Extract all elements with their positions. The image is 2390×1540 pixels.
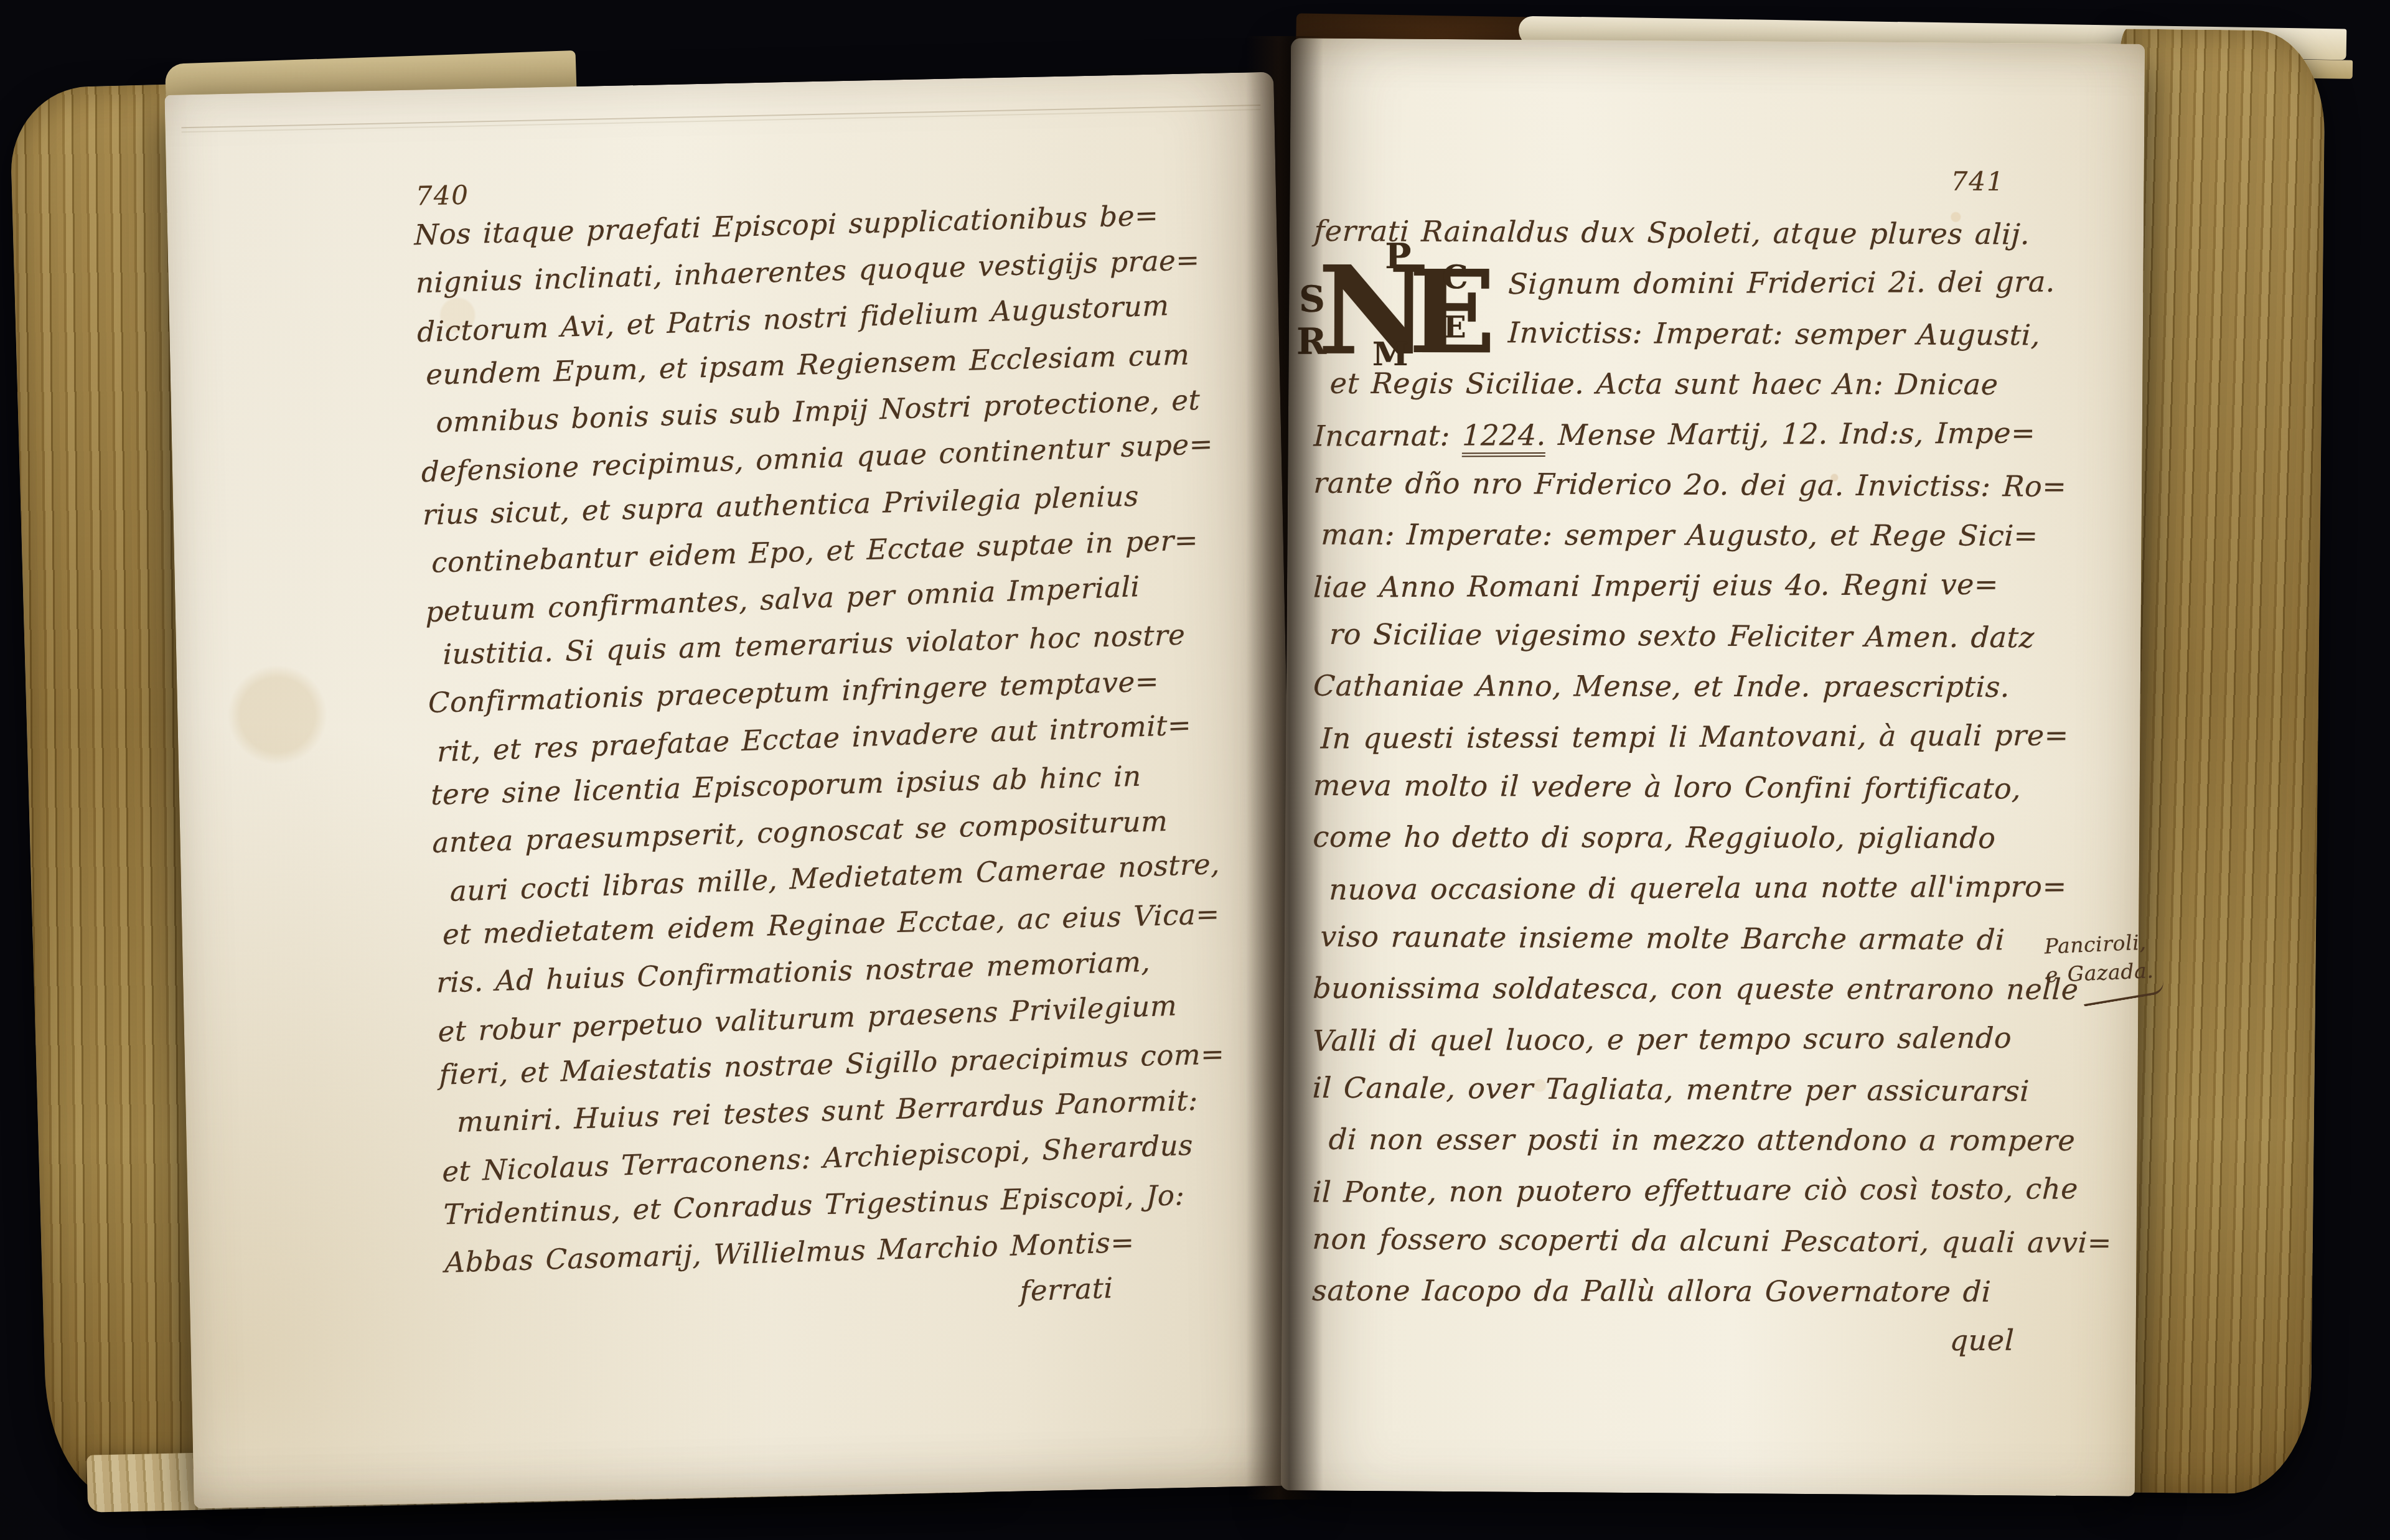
manuscript-line: satone Iacopo da Pallù allora Governator… bbox=[1311, 1266, 2090, 1317]
manuscript-line: Invictiss: Imperat: semper Augusti, bbox=[1320, 307, 2091, 361]
manuscript-line: ro Siciliae vigesimo sexto Feliciter Ame… bbox=[1329, 609, 2091, 663]
manuscript-line: Signum domini Friderici 2i. dei gra. bbox=[1313, 256, 2091, 310]
margin-note: Panciroli, e Gazada. bbox=[2044, 925, 2234, 1004]
manuscript-line: Cathaniae Anno, Mense, et Inde. praescri… bbox=[1313, 661, 2091, 712]
left-page-text: Nos itaque praefati Episcopi supplicatio… bbox=[414, 189, 1270, 1332]
left-page-number: 740 bbox=[415, 180, 469, 212]
manuscript-line: il Ponte, non puotero effettuare ciò cos… bbox=[1311, 1164, 2089, 1217]
manuscript-line: viso raunate insieme molte Barche armate… bbox=[1319, 912, 2091, 966]
manuscript-catchword: quel bbox=[1319, 1315, 2089, 1368]
manuscript-line: come ho detto di sopra, Reggiuolo, pigli… bbox=[1312, 812, 2091, 864]
manuscript-line: il Canale, over Tagliata, mentre per ass… bbox=[1311, 1063, 2090, 1117]
underlined-year: 1224. bbox=[1461, 418, 1547, 457]
manuscript-line-dated: Incarnat: 1224. Mense Martij, 12. Ind:s,… bbox=[1313, 408, 2091, 461]
right-page-number: 741 bbox=[1951, 166, 2005, 197]
incarnat-suffix: Mense Martij, 12. Ind:s, Impe= bbox=[1545, 416, 2036, 452]
manuscript-line: Valli di quel luoco, e per tempo scuro s… bbox=[1312, 1012, 2090, 1066]
manuscript-line: In questi istessi tempi li Mantovani, à … bbox=[1320, 710, 2091, 763]
manuscript-line: et Regis Siciliae. Acta sunt haec An: Dn… bbox=[1329, 358, 2091, 410]
manuscript-line: buonissima soldatesca, con queste entrar… bbox=[1312, 963, 2091, 1015]
incarnat-prefix: Incarnat: bbox=[1313, 419, 1463, 453]
manuscript-line: meva molto il vedere à loro Confini fort… bbox=[1312, 760, 2091, 814]
manuscript-line: rante dño nro Friderico 2o. dei ga. Invi… bbox=[1313, 458, 2091, 512]
manuscript-line: di non esser posti in mezzo attendono a … bbox=[1328, 1114, 2090, 1166]
left-page: 740 Nos itaque praefati Episcopi supplic… bbox=[164, 72, 1303, 1509]
manuscript-line: nuova occasione di querela una notte all… bbox=[1328, 861, 2090, 915]
manuscript-line: liae Anno Romani Imperij eius 4o. Regni … bbox=[1313, 559, 2091, 612]
manuscript-photo: { "colors": { "background": "#07070c", "… bbox=[0, 0, 2390, 1540]
manuscript-line: man: Imperate: semper Augusto, et Rege S… bbox=[1320, 510, 2091, 561]
right-page-text: ferrati Rainaldus dux Spoleti, atque plu… bbox=[1312, 207, 2091, 1368]
right-page: 741 ferrati Rainaldus dux Spoleti, atque… bbox=[1281, 38, 2145, 1496]
manuscript-line: non fossero scoperti da alcuni Pescatori… bbox=[1311, 1214, 2090, 1268]
